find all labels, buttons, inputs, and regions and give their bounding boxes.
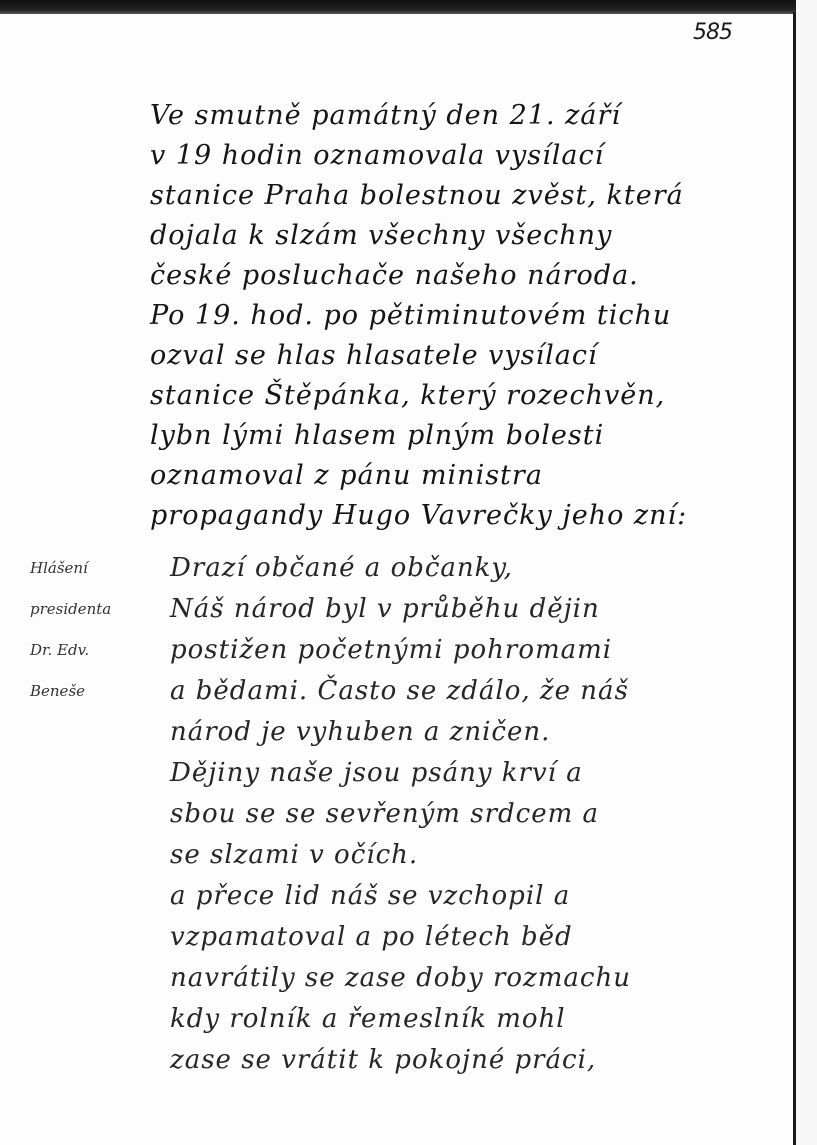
text-line: dojala k slzám všechny všechny	[150, 216, 687, 256]
page-top-edge	[0, 0, 800, 14]
text-line: vzpamatoval a po létech běd	[170, 917, 631, 958]
text-line: zase se vrátit k pokojné práci,	[170, 1040, 631, 1081]
scanned-page: 585 Ve smutně památný den 21. září v 19 …	[0, 0, 817, 1145]
text-line: stanice Štěpánka, který rozechvěn,	[150, 376, 687, 416]
text-line: oznamoval z pánu ministra	[150, 456, 687, 496]
text-line: lybn lými hlasem plným bolesti	[150, 416, 687, 456]
text-line: národ je vyhuben a zničen.	[170, 712, 631, 753]
text-line: kdy rolník a řemeslník mohl	[170, 999, 631, 1040]
text-line: stanice Praha bolestnou zvěst, která	[150, 176, 687, 216]
right-margin	[796, 0, 817, 1145]
text-line: ozval se hlas hlasatele vysílací	[150, 336, 687, 376]
text-line: a bědami. Často se zdálo, že náš	[170, 671, 631, 712]
margin-line: Hlášení	[30, 548, 170, 589]
text-line: Ve smutně památný den 21. září	[150, 96, 687, 136]
page-number: 585	[693, 20, 732, 45]
text-line: postižen početnými pohromami	[170, 630, 631, 671]
text-line: Drazí občané a občanky,	[170, 548, 631, 589]
text-line: Dějiny naše jsou psány krví a	[170, 753, 631, 794]
text-line: navrátily se zase doby rozmachu	[170, 958, 631, 999]
paragraph-announcement: Ve smutně památný den 21. září v 19 hodi…	[150, 96, 687, 536]
paragraph-speech: Drazí občané a občanky, Náš národ byl v …	[170, 548, 631, 1081]
margin-line: Beneše	[30, 671, 170, 712]
text-line: české posluchače našeho národa.	[150, 256, 687, 296]
text-line: se slzami v očích.	[170, 835, 631, 876]
margin-line: Dr. Edv.	[30, 630, 170, 671]
text-line: v 19 hodin oznamovala vysílací	[150, 136, 687, 176]
text-line: sbou se se sevřeným srdcem a	[170, 794, 631, 835]
text-line: Náš národ byl v průběhu dějin	[170, 589, 631, 630]
text-line: a přece lid náš se vzchopil a	[170, 876, 631, 917]
text-line: Po 19. hod. po pětiminutovém tichu	[150, 296, 687, 336]
margin-note: Hlášení presidenta Dr. Edv. Beneše	[30, 548, 170, 712]
text-line: propagandy Hugo Vavrečky jeho zní:	[150, 496, 687, 536]
margin-line: presidenta	[30, 589, 170, 630]
